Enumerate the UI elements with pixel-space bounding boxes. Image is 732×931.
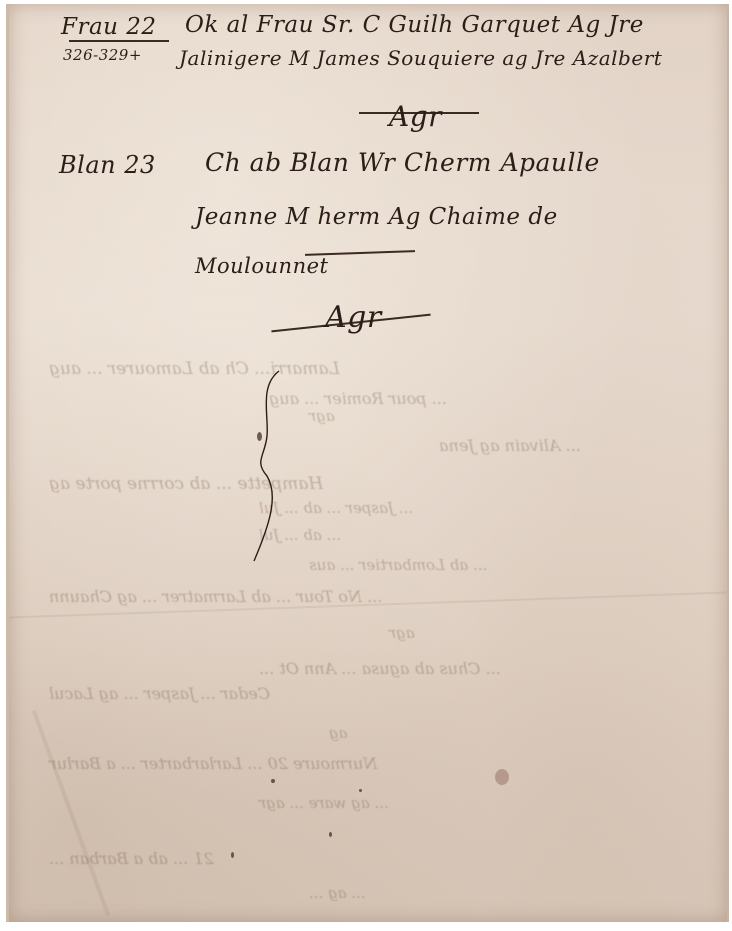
entry-line: Moulounnet [195,254,328,278]
entry-margin-name: Frau 22 [61,14,157,40]
paper-crease [32,710,110,916]
manuscript-page: Lamarri... Ch ab Lamourer ... aug ... po… [6,4,729,922]
bleed-through-line: agr [309,407,335,425]
bleed-through-line: ... Alivain ag Jena [439,436,581,455]
entry-margin-ref: 326-329+ [63,46,142,64]
bleed-through-line: ... pour Romier ... aug [269,389,447,408]
entry-line: Ch ab Blan Wr Cherm Apaulle [205,148,600,177]
bleed-through-line: ... ag ... [309,884,366,902]
bleed-through-line: ... No Tour ... ab Larmatrer ... ag Chau… [49,587,382,606]
ink-spot [329,832,332,837]
entry-line: Jalinigere M James Souquiere ag Jre Azal… [179,46,662,70]
ink-spot [257,432,262,441]
brace-mark [249,366,289,566]
line-strike [305,250,415,255]
ink-spot [271,779,275,783]
ink-spot [359,789,362,792]
bleed-through-line: ag [329,724,348,742]
bleed-through-line: agr [389,624,415,642]
stain [495,769,509,785]
ink-spot [399,220,403,224]
bleed-through-line: ... Chus ab agusa ... Ann Ot ... [259,659,501,678]
bleed-through-line: ... ag ware ... agr [259,794,389,812]
ink-spot [231,852,234,858]
entry-closing: Agr [325,300,382,335]
margin-underline [69,40,169,42]
entry-margin-name: Blan 23 [59,151,156,179]
bleed-through-line: Lamarri... Ch ab Lamourer ... aug [49,359,340,379]
bleed-through-line: ... ab Lombartier ... aus [309,556,487,574]
bleed-through-line: Nurmoure 20 ... Larlarbarter ... a Barlu… [49,754,377,773]
bleed-through-line: Cedar ... Jasper ... ag Lacul [49,684,270,703]
entry-closing: Agr [389,100,442,133]
entry-line: Ok al Frau Sr. C Guilh Garquet Ag Jre [185,12,644,38]
entry-line: Jeanne M herm Ag Chaime de [195,204,558,230]
bleed-through-line: 21 ... ab a Barban ... [49,849,214,868]
